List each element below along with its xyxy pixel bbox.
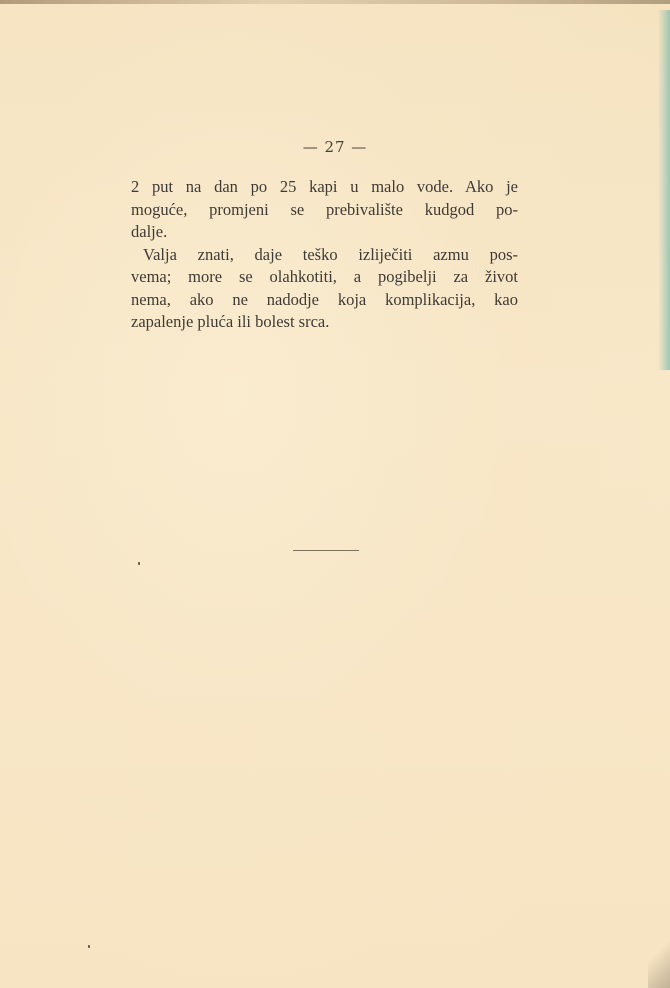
text-line: vema; more se olahkotiti, a pogibelji za… xyxy=(131,266,518,289)
text-line: moguće, promjeni se prebivalište kudgod … xyxy=(131,199,518,222)
body-text: 2 put na dan po 25 kapi u malo vode. Ako… xyxy=(131,176,518,334)
paper-speck xyxy=(88,945,90,948)
page-top-edge-shadow xyxy=(0,0,670,4)
text-line: Valja znati, daje teško izliječiti azmu … xyxy=(131,244,518,267)
page-number: — 27 — xyxy=(0,138,670,156)
page-bottom-right-shadow xyxy=(648,928,670,988)
page-right-edge-tint xyxy=(658,10,670,370)
paragraph-1: 2 put na dan po 25 kapi u malo vode. Ako… xyxy=(131,176,518,244)
paragraph-2: Valja znati, daje teško izliječiti azmu … xyxy=(131,244,518,334)
text-line: 2 put na dan po 25 kapi u malo vode. Ako… xyxy=(131,176,518,199)
scanned-book-page: — 27 — 2 put na dan po 25 kapi u malo vo… xyxy=(0,0,670,988)
paper-speck xyxy=(138,562,140,565)
text-line: dalje. xyxy=(131,221,518,244)
section-divider-rule xyxy=(293,550,359,551)
text-line: nema, ako ne nadodje koja komplikacija, … xyxy=(131,289,518,312)
text-line: zapalenje pluća ili bolest srca. xyxy=(131,311,518,334)
